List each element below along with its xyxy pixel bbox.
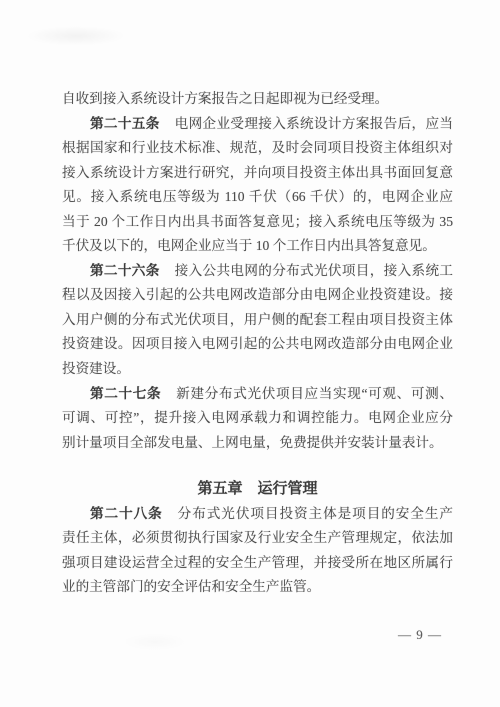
line-text: 接入公共电网的分布式光伏项目，接入系统工 bbox=[175, 263, 453, 278]
document-line: 投资建设。因项目接入电网引起的公共电网改造部分由电网企业 bbox=[62, 332, 453, 357]
document-line: 责任主体，必须贯彻执行国家及行业安全生产管理规定，依法加 bbox=[62, 526, 453, 551]
article-number: 第二十六条 bbox=[90, 263, 160, 278]
document-line: 第二十五条电网企业受理接入系统设计方案报告后，应当 bbox=[62, 112, 453, 137]
article-number: 第二十八条 bbox=[90, 506, 163, 521]
line-text: 见。接入系统电压等级为 110 千伏（66 千伏）的，电网企业应 bbox=[62, 189, 453, 204]
document-line: 业的主管部门的安全评估和安全生产监管。 bbox=[62, 575, 453, 600]
document-line: 程以及因接入引起的公共电网改造部分由电网企业投资建设。接 bbox=[62, 283, 453, 308]
document-line: 根据国家和行业技术标准、规范，及时会同项目投资主体组织对 bbox=[62, 136, 453, 161]
document-line: 别计量项目全部发电量、上网电量，免费提供并安装计量表计。 bbox=[62, 431, 453, 456]
line-text: 当于 20 个工作日内出具书面答复意见；接入系统电压等级为 35 bbox=[62, 214, 453, 229]
line-text: 分布式光伏项目投资主体是项目的安全生产 bbox=[178, 506, 453, 521]
document-line: 第二十七条新建分布式光伏项目应当实现“可观、可测、 bbox=[62, 382, 453, 407]
line-text: 可调、可控”，提升接入电网承载力和调控能力。电网企业应分 bbox=[62, 410, 453, 425]
document-line: 接入系统设计方案进行研究，并向项目投资主体出具书面回复意 bbox=[62, 161, 453, 186]
document-line: 自收到接入系统设计方案报告之日起即视为已经受理。 bbox=[62, 87, 453, 112]
document-line: 当于 20 个工作日内出具书面答复意见；接入系统电压等级为 35 bbox=[62, 210, 453, 235]
line-text: 业的主管部门的安全评估和安全生产监管。 bbox=[62, 579, 320, 594]
line-text: 接入系统设计方案进行研究，并向项目投资主体出具书面回复意 bbox=[62, 165, 453, 180]
line-text: 入用户侧的分布式光伏项目，用户侧的配套工程由项目投资主体 bbox=[62, 312, 453, 327]
article-number: 第二十七条 bbox=[90, 386, 161, 401]
line-text: 根据国家和行业技术标准、规范，及时会同项目投资主体组织对 bbox=[62, 140, 453, 155]
document-line: 入用户侧的分布式光伏项目，用户侧的配套工程由项目投资主体 bbox=[62, 308, 453, 333]
document-line: 第二十八条分布式光伏项目投资主体是项目的安全生产 bbox=[62, 502, 453, 527]
document-body: 自收到接入系统设计方案报告之日起即视为已经受理。第二十五条电网企业受理接入系统设… bbox=[62, 87, 453, 600]
document-line: 千伏及以下的，电网企业应当于 10 个工作日内出具答复意见。 bbox=[62, 234, 453, 259]
line-text: 程以及因接入引起的公共电网改造部分由电网企业投资建设。接 bbox=[62, 287, 453, 302]
line-text: 新建分布式光伏项目应当实现“可观、可测、 bbox=[176, 386, 453, 401]
line-text: 责任主体，必须贯彻执行国家及行业安全生产管理规定，依法加 bbox=[62, 530, 453, 545]
document-line: 见。接入系统电压等级为 110 千伏（66 千伏）的，电网企业应 bbox=[62, 185, 453, 210]
line-text: 投资建设。 bbox=[62, 361, 130, 376]
document-page: 自收到接入系统设计方案报告之日起即视为已经受理。第二十五条电网企业受理接入系统设… bbox=[0, 0, 500, 707]
chapter-heading: 第五章 运行管理 bbox=[62, 477, 453, 502]
line-text: 电网企业受理接入系统设计方案报告后，应当 bbox=[175, 116, 453, 131]
article-number: 第二十五条 bbox=[90, 116, 160, 131]
line-text: 强项目建设运营全过程的安全生产管理，并接受所在地区所属行 bbox=[62, 555, 453, 570]
document-line: 强项目建设运营全过程的安全生产管理，并接受所在地区所属行 bbox=[62, 551, 453, 576]
line-text: 别计量项目全部发电量、上网电量，免费提供并安装计量表计。 bbox=[62, 435, 443, 450]
line-text: 投资建设。因项目接入电网引起的公共电网改造部分由电网企业 bbox=[62, 336, 453, 351]
document-line: 投资建设。 bbox=[62, 357, 453, 382]
page-number: — 9 — bbox=[398, 627, 442, 643]
document-line: 第二十六条接入公共电网的分布式光伏项目，接入系统工 bbox=[62, 259, 453, 284]
line-text: 自收到接入系统设计方案报告之日起即视为已经受理。 bbox=[62, 91, 388, 106]
document-line: 可调、可控”，提升接入电网承载力和调控能力。电网企业应分 bbox=[62, 406, 453, 431]
line-text: 千伏及以下的，电网企业应当于 10 个工作日内出具答复意见。 bbox=[62, 238, 436, 253]
